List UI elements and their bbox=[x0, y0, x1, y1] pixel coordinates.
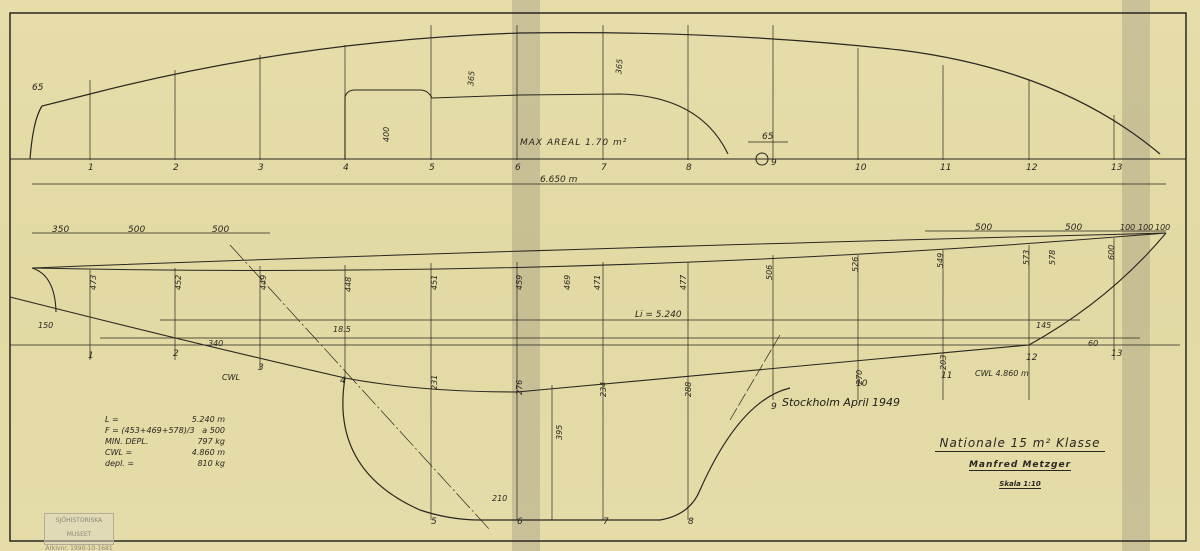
svg-text:365: 365 bbox=[614, 58, 624, 74]
svg-text:4: 4 bbox=[340, 376, 346, 386]
svg-text:1: 1 bbox=[88, 351, 94, 361]
svg-text:276: 276 bbox=[515, 380, 524, 395]
svg-text:12: 12 bbox=[1026, 163, 1038, 173]
svg-text:270: 270 bbox=[855, 370, 864, 385]
svg-text:150: 150 bbox=[38, 321, 53, 330]
svg-text:13: 13 bbox=[1111, 349, 1123, 359]
svg-text:500: 500 bbox=[212, 225, 229, 235]
svg-text:395: 395 bbox=[555, 425, 564, 440]
svg-text:4: 4 bbox=[343, 163, 349, 173]
svg-text:65: 65 bbox=[762, 132, 774, 142]
svg-text:145: 145 bbox=[1036, 321, 1051, 330]
signature: Stockholm April 1949 bbox=[782, 396, 900, 409]
designer-name: Manfred Metzger bbox=[969, 460, 1071, 471]
spec-row: L =5.240 m bbox=[105, 414, 225, 425]
scale-label: Skala 1:10 bbox=[999, 480, 1040, 489]
svg-text:549: 549 bbox=[936, 253, 945, 268]
spec-row: F = (453+469+578)/3a 500 bbox=[105, 425, 225, 436]
spec-row: CWL =4.860 m bbox=[105, 447, 225, 458]
svg-text:CWL 4.860 m: CWL 4.860 m bbox=[975, 369, 1029, 378]
svg-text:9: 9 bbox=[771, 402, 777, 412]
svg-text:449: 449 bbox=[259, 275, 268, 290]
svg-text:100: 100 bbox=[1120, 223, 1135, 232]
svg-text:234: 234 bbox=[599, 382, 608, 397]
archive-stamp: SJÖHISTORISKA MUSEET Arkivnr. 1990-10-16… bbox=[44, 513, 114, 545]
svg-text:8: 8 bbox=[686, 163, 692, 173]
spec-row: depl. =810 kg bbox=[105, 458, 225, 469]
svg-text:365: 365 bbox=[466, 70, 476, 86]
title-block: Nationale 15 m² Klasse Manfred Metzger S… bbox=[935, 436, 1105, 490]
svg-text:210: 210 bbox=[492, 494, 507, 503]
svg-text:2: 2 bbox=[173, 349, 179, 359]
spec-row: MIN. DEPL.797 kg bbox=[105, 436, 225, 447]
specifications-block: L =5.240 m F = (453+469+578)/3a 500 MIN.… bbox=[105, 414, 225, 469]
svg-text:400: 400 bbox=[382, 127, 391, 142]
svg-text:473: 473 bbox=[89, 275, 98, 290]
svg-text:471: 471 bbox=[593, 275, 602, 290]
svg-text:203: 203 bbox=[939, 355, 948, 370]
svg-text:5: 5 bbox=[429, 163, 435, 173]
svg-text:500: 500 bbox=[975, 223, 992, 233]
svg-text:1: 1 bbox=[88, 163, 94, 173]
svg-text:3: 3 bbox=[258, 163, 264, 173]
svg-text:451: 451 bbox=[430, 275, 439, 290]
svg-text:469: 469 bbox=[563, 275, 572, 290]
svg-text:2: 2 bbox=[173, 163, 179, 173]
svg-text:10: 10 bbox=[855, 163, 867, 173]
svg-text:452: 452 bbox=[174, 275, 183, 290]
svg-text:5: 5 bbox=[431, 517, 437, 527]
svg-text:100: 100 bbox=[1155, 223, 1170, 232]
svg-text:Li = 5.240: Li = 5.240 bbox=[635, 310, 682, 320]
svg-text:459: 459 bbox=[515, 275, 524, 290]
svg-text:65: 65 bbox=[32, 83, 44, 93]
svg-text:100: 100 bbox=[1138, 223, 1153, 232]
svg-text:3: 3 bbox=[258, 363, 264, 373]
svg-text:350: 350 bbox=[52, 225, 69, 235]
svg-text:MAX AREAL 1.70 m²: MAX AREAL 1.70 m² bbox=[520, 138, 627, 148]
svg-text:6.650 m: 6.650 m bbox=[540, 175, 578, 185]
svg-text:448: 448 bbox=[344, 277, 353, 292]
svg-text:7: 7 bbox=[601, 163, 607, 173]
svg-text:9: 9 bbox=[771, 158, 777, 168]
svg-text:13: 13 bbox=[1111, 163, 1123, 173]
svg-text:60: 60 bbox=[1088, 339, 1098, 348]
svg-text:6: 6 bbox=[515, 163, 521, 173]
svg-text:CWL: CWL bbox=[222, 373, 240, 382]
svg-text:526: 526 bbox=[851, 257, 860, 272]
svg-text:18.5: 18.5 bbox=[333, 325, 351, 334]
svg-text:578: 578 bbox=[1048, 250, 1057, 265]
svg-text:11: 11 bbox=[940, 163, 951, 173]
svg-text:8: 8 bbox=[688, 517, 694, 527]
svg-text:477: 477 bbox=[679, 274, 688, 290]
svg-text:506: 506 bbox=[765, 265, 774, 280]
svg-text:500: 500 bbox=[128, 225, 145, 235]
svg-text:7: 7 bbox=[603, 517, 609, 527]
svg-text:231: 231 bbox=[430, 375, 439, 390]
drawing-title: Nationale 15 m² Klasse bbox=[935, 436, 1105, 452]
svg-text:12: 12 bbox=[1026, 353, 1038, 363]
svg-text:288: 288 bbox=[684, 382, 693, 397]
svg-text:340: 340 bbox=[208, 339, 223, 348]
svg-text:11: 11 bbox=[941, 371, 952, 381]
svg-text:600: 600 bbox=[1107, 245, 1116, 260]
svg-text:573: 573 bbox=[1022, 250, 1031, 265]
svg-text:500: 500 bbox=[1065, 223, 1082, 233]
svg-text:6: 6 bbox=[517, 517, 523, 527]
